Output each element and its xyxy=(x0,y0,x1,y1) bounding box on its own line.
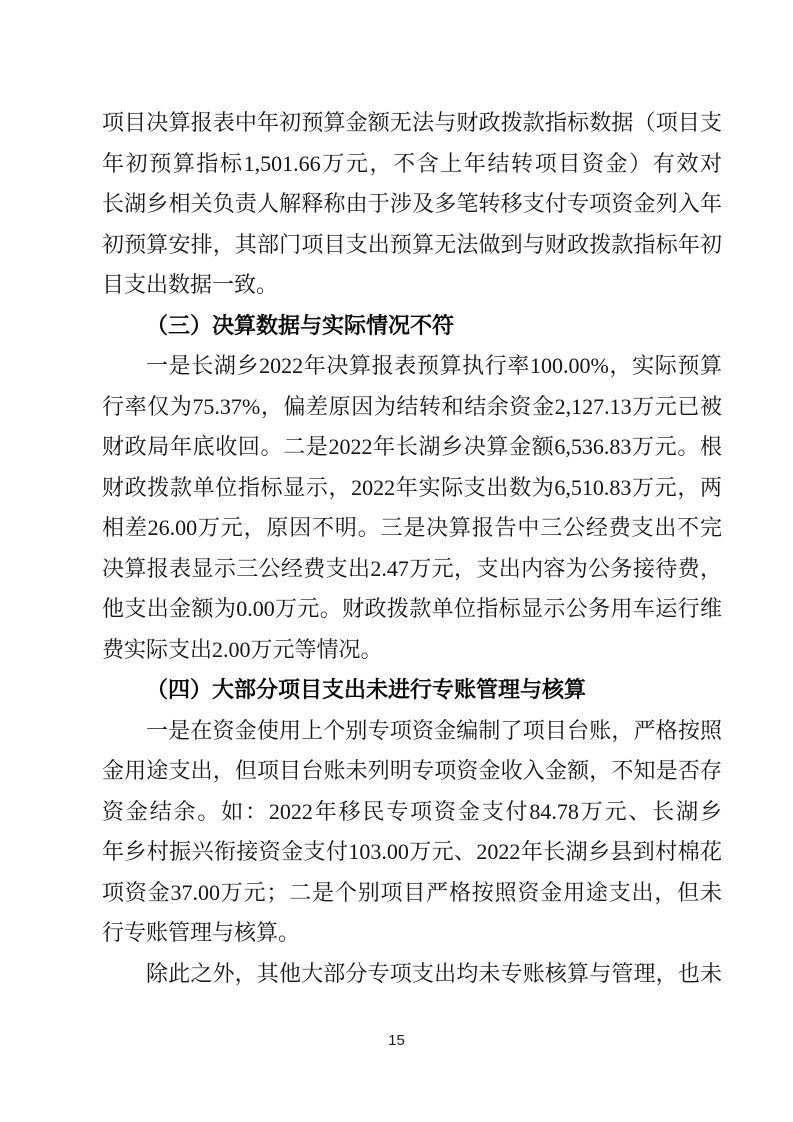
text-line: 除此之外，其他大部分专项支出均未专账核算与管理，也未严 xyxy=(102,954,722,995)
document-page: 项目决算报表中年初预算金额无法与财政拨款指标数据（项目支出年初预算指标1,501… xyxy=(0,0,793,1122)
text-line: 初预算安排，其部门项目支出预算无法做到与财政拨款指标年初项 xyxy=(102,225,722,266)
text-line: 行率仅为75.37%，偏差原因为结转和结余资金2,127.13万元已被县 xyxy=(102,387,722,428)
text-line: 财政局年底收回。二是2022年长湖乡决算金额6,536.83万元。根据 xyxy=(102,427,722,468)
text-line: 项目决算报表中年初预算金额无法与财政拨款指标数据（项目支出 xyxy=(102,103,722,144)
section-heading: （四）大部分项目支出未进行专账管理与核算 xyxy=(102,670,722,711)
text-line: 金用途支出，但项目台账未列明专项资金收入金额，不知是否存在 xyxy=(102,751,722,792)
text-line: 年初预算指标1,501.66万元，不含上年结转项目资金）有效对应， xyxy=(102,144,722,185)
text-line: 他支出金额为0.00万元。财政拨款单位指标显示公务用车运行维护 xyxy=(102,589,722,630)
text-line: 长湖乡相关负责人解释称由于涉及多笔转移支付专项资金列入年 xyxy=(102,184,722,225)
text-line: 费实际支出2.00万元等情况。 xyxy=(102,630,722,671)
text-line: 财政拨款单位指标显示，2022年实际支出数为6,510.83万元，两者 xyxy=(102,468,722,509)
section-heading: （三）决算数据与实际情况不符 xyxy=(102,306,722,347)
page-number: 15 xyxy=(0,1032,793,1049)
text-line: 决算报表显示三公经费支出2.47万元，支出内容为公务接待费，其 xyxy=(102,549,722,590)
text-line: 行专账管理与核算。 xyxy=(102,913,722,954)
text-line: 一是长湖乡2022年决算报表预算执行率100.00%，实际预算执 xyxy=(102,346,722,387)
text-line: 相差26.00万元，原因不明。三是决算报告中三公经费支出不完整。 xyxy=(102,508,722,549)
text-line: 项资金37.00万元；二是个别项目严格按照资金用途支出，但未进 xyxy=(102,873,722,914)
text-line: 资金结余。如：2022年移民专项资金支付84.78万元、长湖乡2022 xyxy=(102,792,722,833)
text-line: 目支出数据一致。 xyxy=(102,265,722,306)
text-line: 年乡村振兴衔接资金支付103.00万元、2022年长湖乡县到村棉花专 xyxy=(102,832,722,873)
text-body: 项目决算报表中年初预算金额无法与财政拨款指标数据（项目支出年初预算指标1,501… xyxy=(102,103,722,994)
text-line: 一是在资金使用上个别专项资金编制了项目台账，严格按照资 xyxy=(102,711,722,752)
